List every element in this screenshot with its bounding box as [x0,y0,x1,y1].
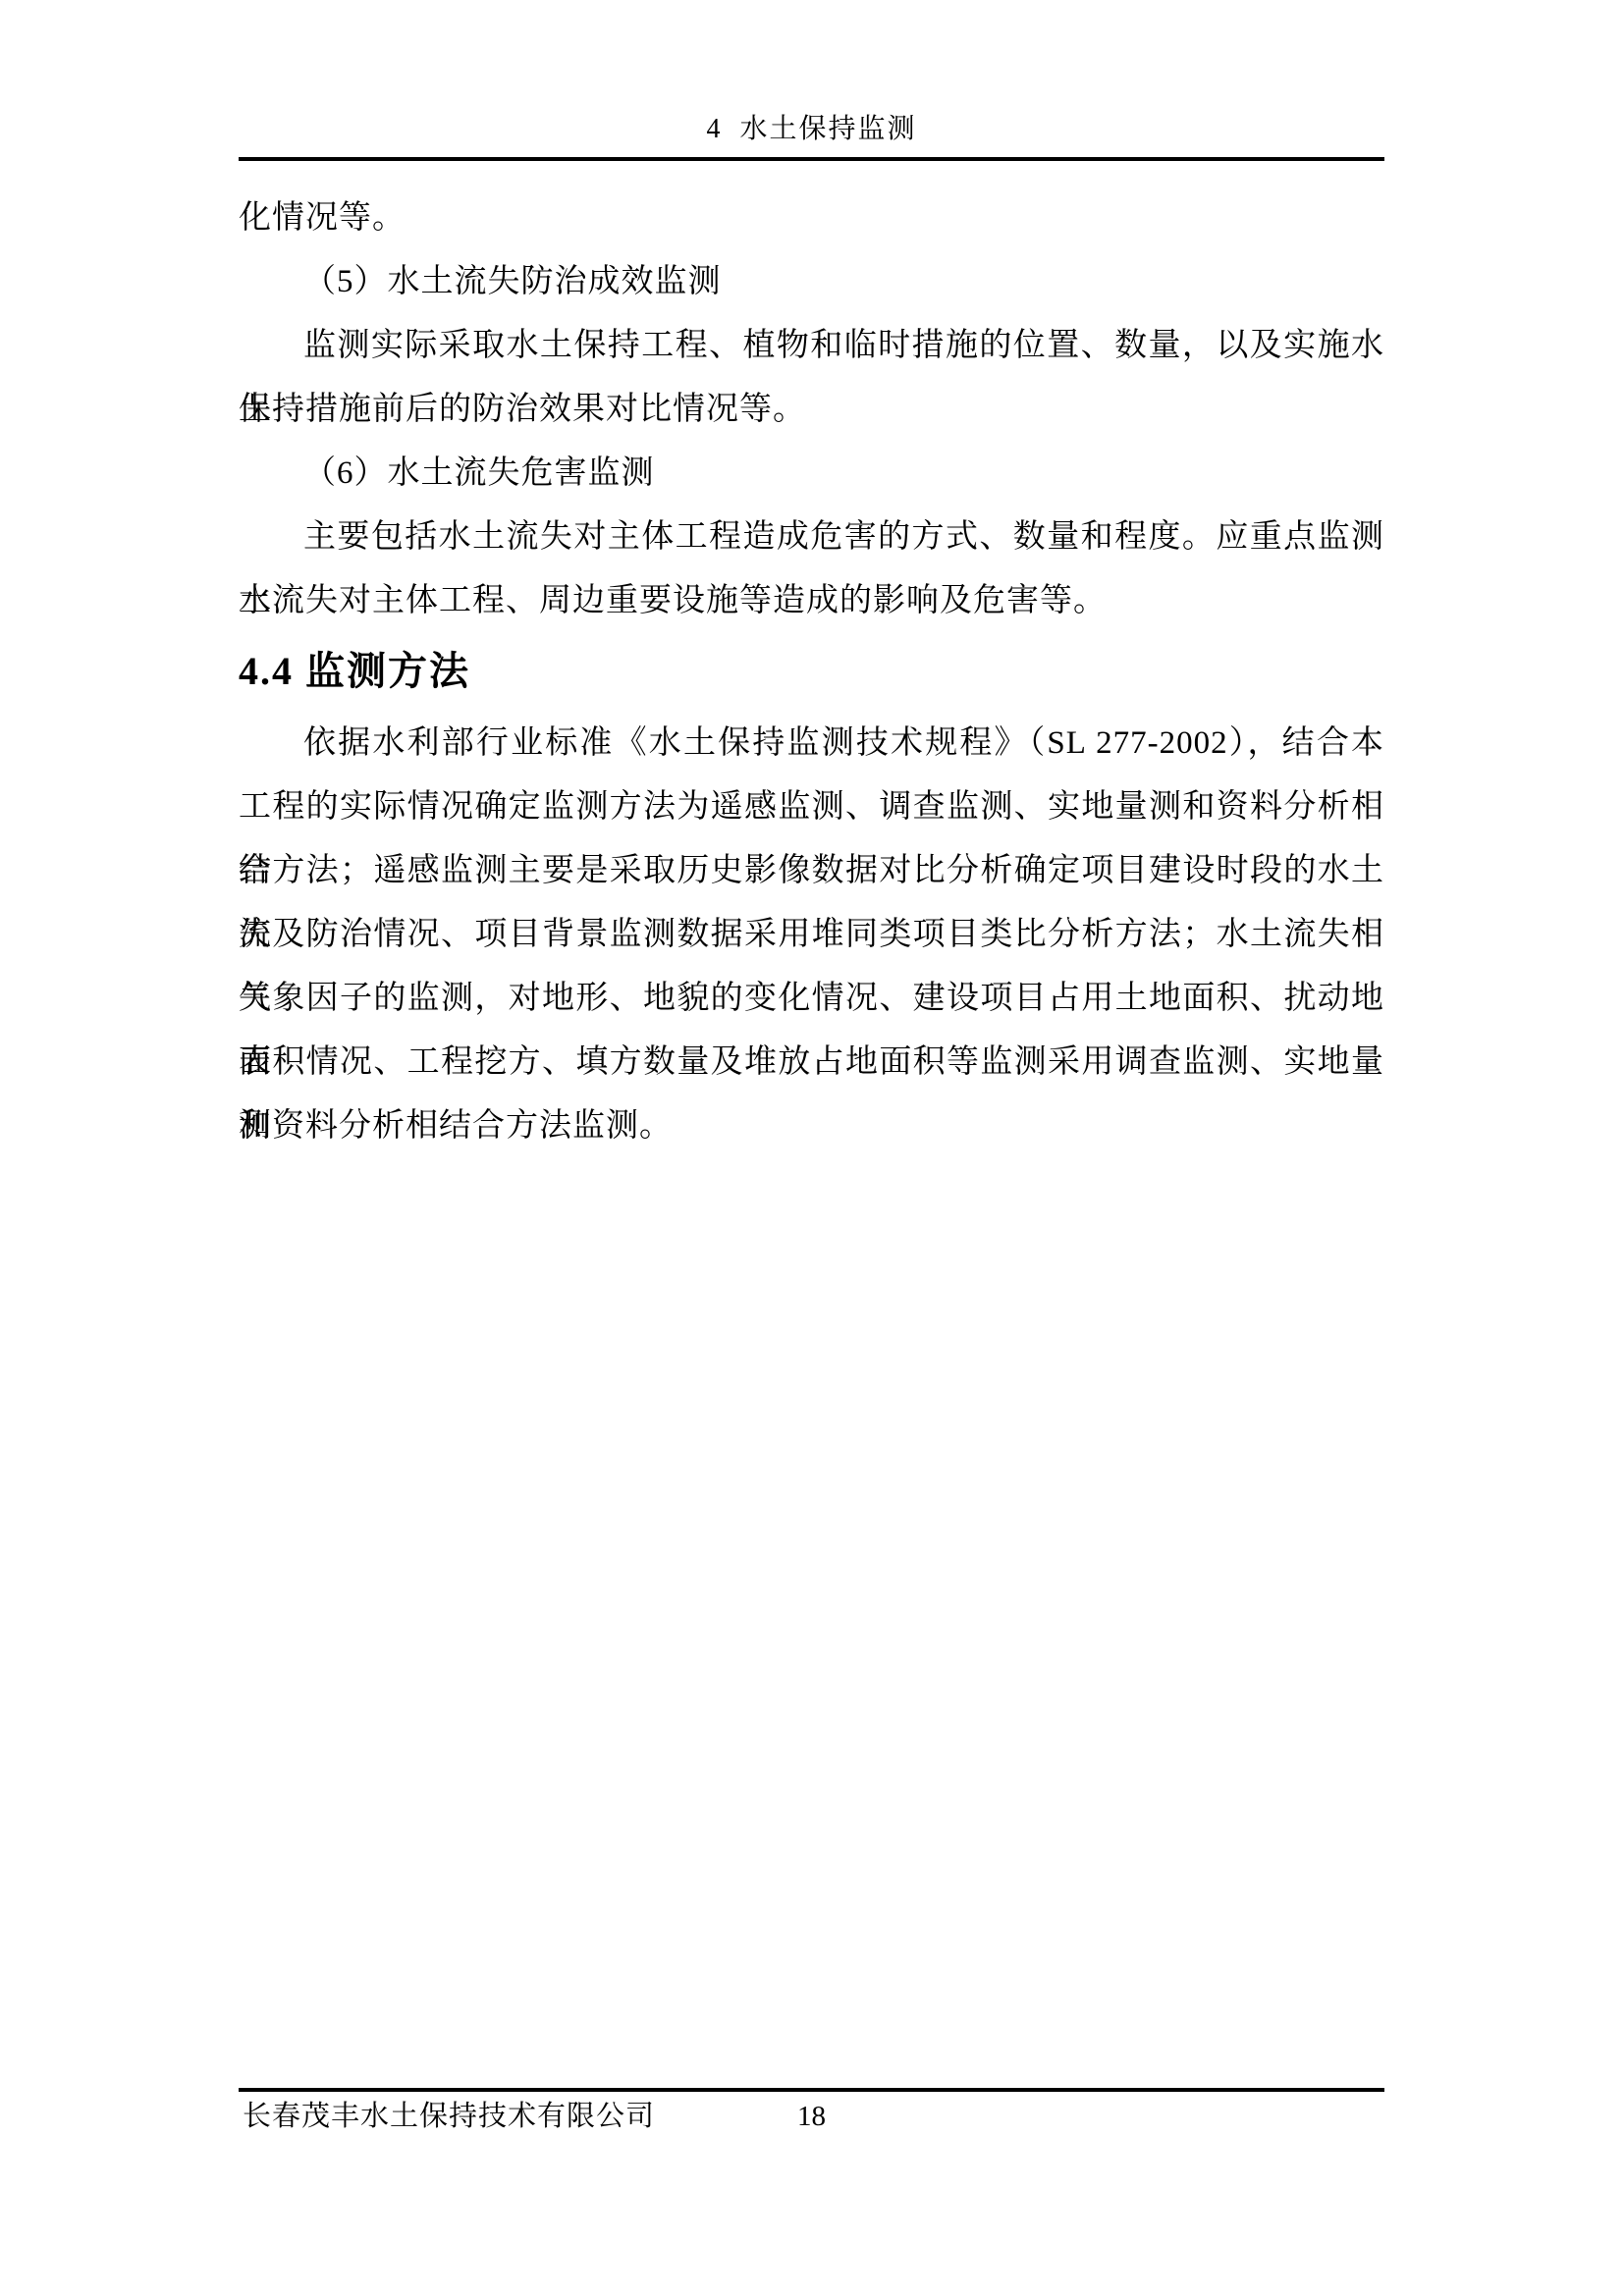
text-line: 面积情况、工程挖方、填方数量及堆放占地面积等监测采用调查监测、实地量测 [239,1031,1384,1095]
text-line: 土流失对主体工程、周边重要设施等造成的影响及危害等。 [239,569,1384,633]
header-title: 4 水土保持监测 [239,112,1384,147]
footer-rule [239,2088,1384,2092]
text-line: 主要包括水土流失对主体工程造成危害的方式、数量和程度。应重点监测水 [239,506,1384,569]
text-line: （6）水土流失危害监测 [239,442,1384,506]
text-line: 气象因子的监测，对地形、地貌的变化情况、建设项目占用土地面积、扰动地表 [239,967,1384,1031]
text-line: 监测实际采取水土保持工程、植物和临时措施的位置、数量，以及实施水土 [239,314,1384,378]
text-line: （5）水土流失防治成效监测 [239,250,1384,314]
text-line: 和资料分析相结合方法监测。 [239,1095,1384,1158]
text-line: 工程的实际情况确定监测方法为遥感监测、调查监测、实地量测和资料分析相结 [239,775,1384,839]
page-number: 18 [239,2099,1384,2134]
document-page: 4 水土保持监测 化情况等。（5）水土流失防治成效监测监测实际采取水土保持工程、… [0,0,1624,2296]
document-body: 化情况等。（5）水土流失防治成效监测监测实际采取水土保持工程、植物和临时措施的位… [239,187,1384,1158]
header-rule [239,157,1384,161]
text-line: 失及防治情况、项目背景监测数据采用堆同类项目类比分析方法；水土流失相关 [239,903,1384,967]
text-line: 保持措施前后的防治效果对比情况等。 [239,378,1384,442]
text-line: 合方法；遥感监测主要是采取历史影像数据对比分析确定项目建设时段的水土流 [239,839,1384,903]
text-line: 依据水利部行业标准《水土保持监测技术规程》（SL 277-2002），结合本 [239,712,1384,775]
text-line: 化情况等。 [239,187,1384,250]
section-heading: 4.4 监测方法 [239,633,1384,712]
